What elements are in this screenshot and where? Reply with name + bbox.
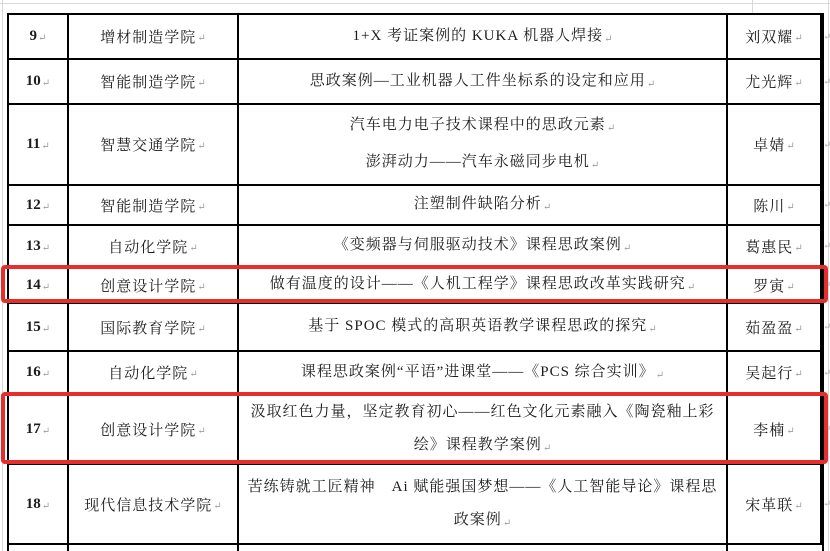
cell-number[interactable]: 12↵	[9, 186, 69, 224]
paragraph-mark-icon: ↵	[189, 369, 197, 380]
doc-table[interactable]: 9↵ 增材制造学院↵ 1+X 考证案例的 KUKA 机器人焊接↵ 刘双耀↵ ↵ …	[7, 13, 824, 551]
paragraph-mark-icon: ↵	[786, 202, 794, 213]
row-number: 9	[30, 28, 38, 45]
paragraph-mark-icon: ↵	[786, 141, 794, 152]
cell-author[interactable]: 刘双耀↵	[728, 15, 822, 58]
cell-author[interactable]: 葛惠民↵	[728, 226, 822, 266]
cell-title[interactable]: 课程思政案例“平语”进课堂——《PCS 综合实训》↵	[239, 352, 728, 393]
paragraph-mark-icon: ↵	[794, 33, 802, 44]
cell-number[interactable]: 18↵	[9, 465, 69, 543]
paragraph-mark-icon: ↵	[591, 160, 599, 171]
author-name: 宋革联	[745, 494, 793, 515]
college-name: 增材制造学院	[100, 26, 196, 47]
author-name: 尤光辉	[745, 71, 793, 92]
cell-title[interactable]: 基于 SPOC 模式的高职英语教学课程思政的探究↵	[239, 304, 728, 350]
case-title-line: 《变频器与伺服驱动技术》课程思政案例↵	[334, 229, 631, 263]
cell-number[interactable]: 15↵	[9, 304, 69, 350]
cell-college[interactable]: 国际教育学院↵	[69, 304, 239, 350]
paragraph-mark-icon: ↵	[197, 282, 205, 293]
paragraph-mark-icon: ↵	[42, 202, 50, 213]
guide-line-left	[2, 0, 3, 551]
table-row[interactable]: 14↵ 创意设计学院↵ 做有温度的设计——《人机工程学》课程思政改革实践研究↵ …	[9, 268, 822, 304]
row-end-mark-icon: ↵	[823, 424, 830, 435]
row-end-mark-icon: ↵	[823, 367, 830, 378]
cell-number	[9, 545, 69, 551]
cell-author[interactable]: 卓婧↵	[728, 105, 822, 184]
row-number: 11	[26, 136, 40, 153]
college-name: 创意设计学院	[100, 419, 196, 440]
cell-author[interactable]: 李楠↵	[728, 395, 822, 463]
paragraph-mark-icon: ↵	[794, 369, 802, 380]
paragraph-mark-icon: ↵	[197, 202, 205, 213]
table-row[interactable]: 12↵ 智能制造学院↵ 注塑制件缺陷分析↵ 陈川↵ ↵	[9, 186, 822, 226]
case-title-line: 1+X 考证案例的 KUKA 机器人焊接↵	[353, 20, 613, 54]
paragraph-mark-icon: ↵	[794, 78, 802, 89]
case-title-line: 课程思政案例“平语”进课堂——《PCS 综合实训》↵	[301, 356, 664, 390]
table-row[interactable]: 17↵ 创意设计学院↵ 汲取红色力量，坚定教育初心——红色文化元素融入《陶瓷釉上…	[9, 395, 822, 465]
row-number: 18	[26, 496, 41, 513]
cell-number[interactable]: 17↵	[9, 395, 69, 463]
cell-author	[728, 545, 822, 551]
guide-line-top	[0, 3, 830, 4]
table-row-partial	[9, 545, 822, 551]
cell-title[interactable]: 做有温度的设计——《人机工程学》课程思政改革实践研究↵	[239, 268, 728, 302]
case-title-line: 注塑制件缺陷分析↵	[414, 188, 551, 222]
paragraph-mark-icon: ↵	[42, 369, 50, 380]
cell-title[interactable]: 汲取红色力量，坚定教育初心——红色文化元素融入《陶瓷釉上彩绘》课程教学案例↵	[239, 395, 728, 463]
author-name: 刘双耀	[745, 26, 793, 47]
cell-college[interactable]: 创意设计学院↵	[69, 395, 239, 463]
author-name: 吴起行	[745, 362, 793, 383]
cell-author[interactable]: 尤光辉↵	[728, 60, 822, 103]
cell-author[interactable]: 宋革联↵	[728, 465, 822, 543]
paragraph-mark-icon: ↵	[648, 324, 656, 335]
cell-author[interactable]: 茹盈盈↵	[728, 304, 822, 350]
paragraph-mark-icon: ↵	[42, 501, 50, 512]
document-page: { "marks": { "cell_end": "↵", "row_end":…	[0, 0, 830, 551]
author-name: 罗寅	[753, 275, 785, 296]
paragraph-mark-icon: ↵	[543, 443, 551, 454]
paragraph-mark-icon: ↵	[42, 426, 50, 437]
row-number: 13	[26, 238, 41, 255]
row-end-mark-icon: ↵	[823, 31, 830, 42]
case-title-line: 做有温度的设计——《人机工程学》课程思政改革实践研究↵	[270, 268, 695, 302]
table-row[interactable]: 10↵ 智能制造学院↵ 思政案例—工业机器人工件坐标系的设定和应用↵ 尤光辉↵ …	[9, 60, 822, 105]
paragraph-mark-icon: ↵	[189, 243, 197, 254]
cell-number[interactable]: 11↵	[9, 105, 69, 184]
college-name: 智慧交通学院	[100, 134, 196, 155]
case-title-line: 汲取红色力量，坚定教育初心——红色文化元素融入《陶瓷釉上彩绘》课程教学案例↵	[247, 396, 718, 463]
paragraph-mark-icon: ↵	[38, 33, 46, 44]
table-row[interactable]: 18↵ 现代信息技术学院↵ 苦练铸就工匠精神 Ai 赋能强国梦想——《人工智能导…	[9, 465, 822, 545]
row-number: 16	[26, 364, 41, 381]
table-row[interactable]: 16↵ 自动化学院↵ 课程思政案例“平语”进课堂——《PCS 综合实训》↵ 吴起…	[9, 352, 822, 395]
paragraph-mark-icon: ↵	[604, 34, 612, 45]
case-title-line: 汽车电力电子技术课程中的思政元素↵	[350, 109, 615, 143]
college-name: 智能制造学院	[100, 71, 196, 92]
cell-college[interactable]: 现代信息技术学院↵	[69, 465, 239, 543]
cell-number[interactable]: 16↵	[9, 352, 69, 393]
table-row[interactable]: 9↵ 增材制造学院↵ 1+X 考证案例的 KUKA 机器人焊接↵ 刘双耀↵ ↵	[9, 15, 822, 60]
author-name: 陈川	[753, 195, 785, 216]
cell-title[interactable]: 1+X 考证案例的 KUKA 机器人焊接↵	[239, 15, 728, 58]
case-title-line: 苦练铸就工匠精神 Ai 赋能强国梦想——《人工智能导论》课程思政案例↵	[247, 471, 718, 538]
cell-author[interactable]: 吴起行↵	[728, 352, 822, 393]
cell-college[interactable]: 自动化学院↵	[69, 226, 239, 266]
paragraph-mark-icon: ↵	[543, 202, 551, 213]
cell-number[interactable]: 9↵	[9, 15, 69, 58]
author-name: 茹盈盈	[745, 317, 793, 338]
author-name: 卓婧	[753, 134, 785, 155]
cell-number[interactable]: 13↵	[9, 226, 69, 266]
paragraph-mark-icon: ↵	[42, 243, 50, 254]
college-name: 自动化学院	[108, 362, 188, 383]
row-end-mark-icon: ↵	[823, 200, 830, 211]
cell-number[interactable]: 10↵	[9, 60, 69, 103]
cell-title[interactable]: 汽车电力电子技术课程中的思政元素↵澎湃动力——汽车永磁同步电机↵	[239, 105, 728, 184]
row-end-mark-icon: ↵	[823, 139, 830, 150]
row-number: 12	[26, 197, 41, 214]
cell-college[interactable]: 智能制造学院↵	[69, 186, 239, 224]
paragraph-mark-icon: ↵	[197, 141, 205, 152]
table-row[interactable]: 15↵ 国际教育学院↵ 基于 SPOC 模式的高职英语教学课程思政的探究↵ 茹盈…	[9, 304, 822, 352]
row-end-mark-icon: ↵	[823, 76, 830, 87]
paragraph-mark-icon: ↵	[794, 501, 802, 512]
paragraph-mark-icon: ↵	[794, 324, 802, 335]
guide-line-prev-row	[752, 0, 753, 13]
case-title-line: 思政案例—工业机器人工件坐标系的设定和应用↵	[310, 65, 655, 99]
cell-college[interactable]: 智慧交通学院↵	[69, 105, 239, 184]
cell-number[interactable]: 14↵	[9, 268, 69, 302]
paragraph-mark-icon: ↵	[786, 426, 794, 437]
row-number: 15	[26, 319, 41, 336]
paragraph-mark-icon: ↵	[197, 78, 205, 89]
row-number: 17	[26, 421, 41, 438]
paragraph-mark-icon: ↵	[42, 324, 50, 335]
row-end-mark-icon: ↵	[823, 499, 830, 510]
cell-author[interactable]: 罗寅↵	[728, 268, 822, 302]
table-row[interactable]: 11↵ 智慧交通学院↵ 汽车电力电子技术课程中的思政元素↵澎湃动力——汽车永磁同…	[9, 105, 822, 186]
paragraph-mark-icon: ↵	[42, 78, 50, 89]
cell-college[interactable]: 智能制造学院↵	[69, 60, 239, 103]
row-end-mark-icon: ↵	[823, 322, 830, 333]
college-name: 创意设计学院	[100, 275, 196, 296]
college-name: 国际教育学院	[100, 317, 196, 338]
row-end-mark-icon: ↵	[823, 280, 830, 291]
paragraph-mark-icon: ↵	[197, 426, 205, 437]
paragraph-mark-icon: ↵	[656, 370, 664, 381]
paragraph-mark-icon: ↵	[42, 282, 50, 293]
cell-college[interactable]: 增材制造学院↵	[69, 15, 239, 58]
college-name: 自动化学院	[108, 236, 188, 257]
paragraph-mark-icon: ↵	[503, 518, 511, 529]
cell-college	[69, 545, 239, 551]
paragraph-mark-icon: ↵	[607, 123, 615, 134]
paragraph-mark-icon: ↵	[197, 33, 205, 44]
cell-author[interactable]: 陈川↵	[728, 186, 822, 224]
author-name: 李楠	[753, 419, 785, 440]
cell-title[interactable]: 注塑制件缺陷分析↵	[239, 186, 728, 224]
paragraph-mark-icon: ↵	[647, 79, 655, 90]
paragraph-mark-icon: ↵	[41, 141, 49, 152]
cell-title[interactable]: 苦练铸就工匠精神 Ai 赋能强国梦想——《人工智能导论》课程思政案例↵	[239, 465, 728, 543]
table-row[interactable]: 13↵ 自动化学院↵ 《变频器与伺服驱动技术》课程思政案例↵ 葛惠民↵ ↵	[9, 226, 822, 268]
cell-college[interactable]: 自动化学院↵	[69, 352, 239, 393]
college-name: 现代信息技术学院	[84, 494, 212, 515]
row-number: 10	[26, 73, 41, 90]
row-end-mark-icon: ↵	[823, 241, 830, 252]
college-name: 智能制造学院	[100, 195, 196, 216]
cell-title[interactable]: 《变频器与伺服驱动技术》课程思政案例↵	[239, 226, 728, 266]
paragraph-mark-icon: ↵	[213, 501, 221, 512]
cell-title	[239, 545, 728, 551]
paragraph-mark-icon: ↵	[687, 282, 695, 293]
row-number: 14	[26, 277, 41, 294]
paragraph-mark-icon: ↵	[794, 243, 802, 254]
author-name: 葛惠民	[745, 236, 793, 257]
cell-college[interactable]: 创意设计学院↵	[69, 268, 239, 302]
cell-title[interactable]: 思政案例—工业机器人工件坐标系的设定和应用↵	[239, 60, 728, 103]
paragraph-mark-icon: ↵	[197, 324, 205, 335]
paragraph-mark-icon: ↵	[623, 243, 631, 254]
case-title-line: 澎湃动力——汽车永磁同步电机↵	[366, 146, 599, 180]
paragraph-mark-icon: ↵	[786, 282, 794, 293]
case-title-line: 基于 SPOC 模式的高职英语教学课程思政的探究↵	[308, 310, 656, 344]
